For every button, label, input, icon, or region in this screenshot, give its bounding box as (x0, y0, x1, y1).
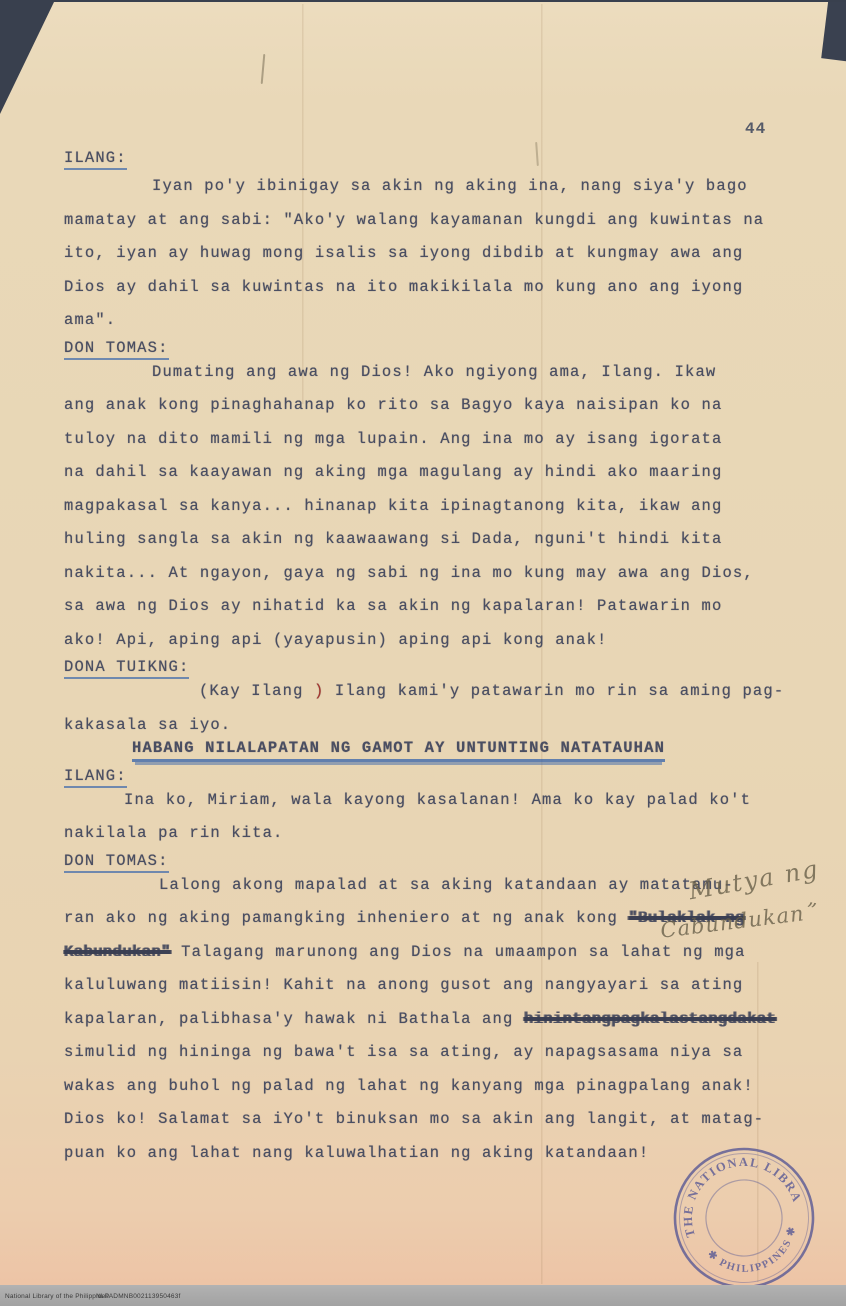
script-line: tuloy na dito mamili ng mga lupain. Ang … (64, 423, 788, 457)
footer-bar: National Library of the Philippines NLPA… (0, 1285, 846, 1306)
script-line: mamatay at ang sabi: "Ako'y walang kayam… (64, 204, 788, 238)
speaker-name: DON TOMAS: (64, 332, 788, 356)
scanned-document-page: 44 ILANG: Iyan po'y ibinigay sa akin ng … (0, 0, 846, 1306)
script-line: Kabundukan" Talagang marunong ang Dios n… (64, 936, 788, 970)
script-line: Lalong akong mapalad at sa aking katanda… (64, 869, 788, 903)
speaker-name: ILANG: (64, 142, 788, 170)
script-line: huling sangla sa akin ng kaawaawang si D… (64, 523, 788, 557)
script-line: Dios ay dahil sa kuwintas na ito makikil… (64, 271, 788, 305)
red-parenthesis: ) (314, 682, 324, 700)
struck-through-text: hinintangpagkalastangdakat (524, 1010, 776, 1028)
script-line: wakas ang buhol ng palad ng lahat ng kan… (64, 1070, 788, 1104)
script-line: simulid ng hininga ng bawa't isa sa atin… (64, 1036, 788, 1070)
script-line: ran ako ng aking pamangking inheniero at… (64, 902, 788, 936)
script-line: nakita... At ngayon, gaya ng sabi ng ina… (64, 557, 788, 591)
library-name: National Library of the Philippines (5, 1293, 109, 1300)
paper-sheet: 44 ILANG: Iyan po'y ibinigay sa akin ng … (0, 2, 846, 1285)
struck-through-text: "Bulaklak ng (628, 909, 744, 927)
handwritten-quote-mark: ” (804, 897, 817, 922)
struck-through-text: Kabundukan" (64, 943, 171, 961)
script-line: na dahil sa kaayawan ng aking mga magula… (64, 456, 788, 490)
script-line: Ina ko, Miriam, wala kayong kasalanan! A… (64, 784, 788, 818)
script-line: ang anak kong pinaghahanap ko rito sa Ba… (64, 389, 788, 423)
script-line: kapalaran, palibhasa'y hawak ni Bathala … (64, 1003, 788, 1037)
document-id: NLPADMNB002113950463f (96, 1293, 181, 1300)
typewritten-text: ILANG: Iyan po'y ibinigay sa akin ng aki… (64, 142, 788, 1170)
scanner-clip (3, 27, 25, 56)
scanner-corner-shadow (821, 0, 846, 61)
script-line: ito, iyan ay huwag mong isalis sa iyong … (64, 237, 788, 271)
page-number: 44 (745, 120, 766, 138)
script-line: Iyan po'y ibinigay sa akin ng aking ina,… (64, 170, 788, 204)
script-line: sa awa ng Dios ay nihatid ka sa akin ng … (64, 590, 788, 624)
script-line: (Kay Ilang ) Ilang kami'y patawarin mo r… (64, 675, 788, 709)
script-line: Dios ko! Salamat sa iYo't binuksan mo sa… (64, 1103, 788, 1137)
pencil-mark (261, 54, 266, 84)
script-line: magpakasal sa kanya... hinanap kita ipin… (64, 490, 788, 524)
script-line: kaluluwang matiisin! Kahit na anong guso… (64, 969, 788, 1003)
script-line: Dumating ang awa ng Dios! Ako ngiyong am… (64, 356, 788, 390)
